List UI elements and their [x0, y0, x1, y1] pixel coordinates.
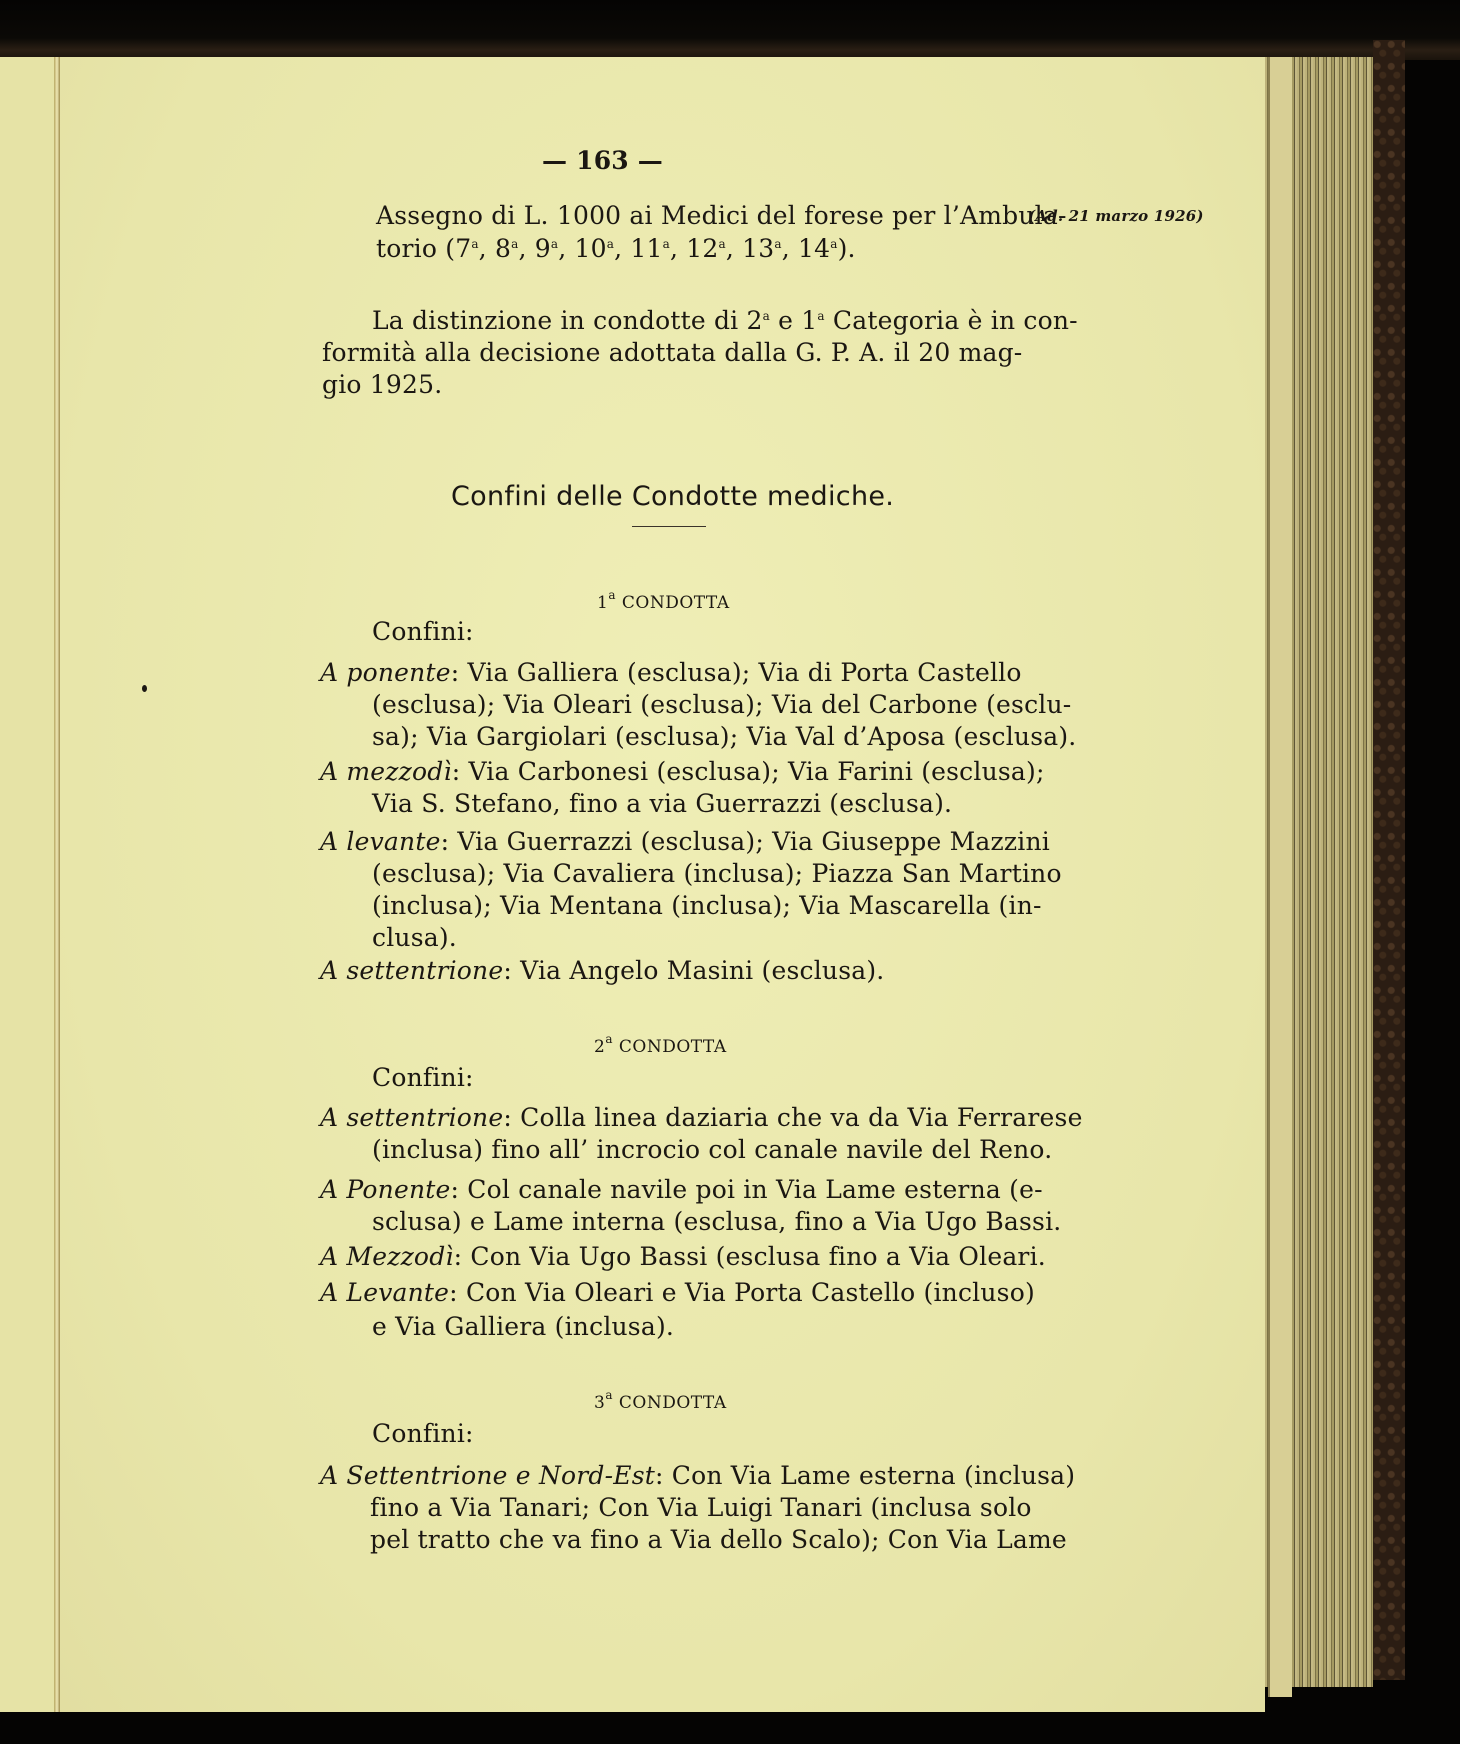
page-stack-inner — [1268, 57, 1292, 1697]
page-number: — 163 — — [542, 146, 663, 176]
condotta-1-confini-label: Confini: — [372, 617, 474, 647]
book-cover-top — [0, 0, 1460, 60]
condotta-2-title: 2a CONDOTTA — [594, 1032, 727, 1062]
condotta-1-entry-ponente: A ponente: Via Galliera (esclusa); Via d… — [320, 658, 1022, 688]
intro-p2-line2: formità alla decisione adottata dalla G.… — [322, 338, 1022, 368]
condotta-1-entry-levante-line2: (esclusa); Via Cavaliera (inclusa); Piaz… — [372, 859, 1062, 889]
intro-p1-line1: Assegno di L. 1000 ai Medici del forese … — [376, 201, 1067, 231]
ink-mark — [142, 685, 147, 692]
book-cover-edge — [1373, 40, 1405, 1680]
section-heading: Confini delle Condotte mediche. — [451, 482, 894, 512]
condotta-3-confini-label: Confini: — [372, 1419, 474, 1449]
condotta-1-entry-settentrione: A settentrione: Via Angelo Masini (esclu… — [320, 956, 884, 986]
condotta-2-entry-ponente-line2: sclusa) e Lame interna (esclusa, fino a … — [372, 1207, 1061, 1237]
condotta-3-entry-line3: pel tratto che va fino a Via dello Scalo… — [370, 1525, 1067, 1555]
condotta-1-entry-levante-line3: (inclusa); Via Mentana (inclusa); Via Ma… — [372, 891, 1042, 921]
condotta-1-entry-mezzodi: A mezzodì: Via Carbonesi (esclusa); Via … — [320, 757, 1045, 787]
condotta-2-entry-mezzodi: A Mezzodì: Con Via Ugo Bassi (esclusa fi… — [320, 1242, 1046, 1272]
condotta-2-confini-label: Confini: — [372, 1063, 474, 1093]
intro-p2-line3: gio 1925. — [322, 370, 442, 400]
background-bottom — [0, 1712, 1460, 1744]
intro-p2-line1: La distinzione in condotte di 2a e 1a Ca… — [372, 306, 1078, 336]
intro-p1-line2: torio (7a, 8a, 9a, 10a, 11a, 12a, 13a, 1… — [376, 234, 856, 264]
condotta-2-entry-levante: A Levante: Con Via Oleari e Via Porta Ca… — [320, 1278, 1035, 1308]
condotta-3-title: 3a CONDOTTA — [594, 1388, 727, 1418]
condotta-1-entry-levante: A levante: Via Guerrazzi (esclusa); Via … — [320, 827, 1050, 857]
condotta-3-entry-settentrione-nordest: A Settentrione e Nord-Est: Con Via Lame … — [320, 1461, 1075, 1491]
condotta-1-entry-ponente-line2: (esclusa); Via Oleari (esclusa); Via del… — [372, 690, 1071, 720]
condotta-1-entry-levante-line4: clusa). — [372, 923, 457, 953]
condotta-1-entry-ponente-line3: sa); Via Gargiolari (esclusa); Via Val d… — [372, 722, 1076, 752]
condotta-2-entry-levante-line2: e Via Galliera (inclusa). — [372, 1312, 674, 1342]
left-page-edge — [0, 57, 58, 1712]
condotta-2-entry-settentrione-line2: (inclusa) fino all’ incrocio col canale … — [372, 1135, 1052, 1165]
book-gutter — [54, 57, 60, 1712]
condotta-2-entry-ponente: A Ponente: Col canale navile poi in Via … — [320, 1175, 1043, 1205]
heading-rule — [632, 526, 706, 527]
condotta-1-entry-mezzodi-line2: Via S. Stefano, fino a via Guerrazzi (es… — [372, 789, 952, 819]
condotta-1-title: 1a CONDOTTA — [597, 588, 730, 618]
condotta-2-entry-settentrione: A settentrione: Colla linea daziaria che… — [320, 1103, 1083, 1133]
condotta-3-entry-line2: fino a Via Tanari; Con Via Luigi Tanari … — [370, 1493, 1032, 1523]
